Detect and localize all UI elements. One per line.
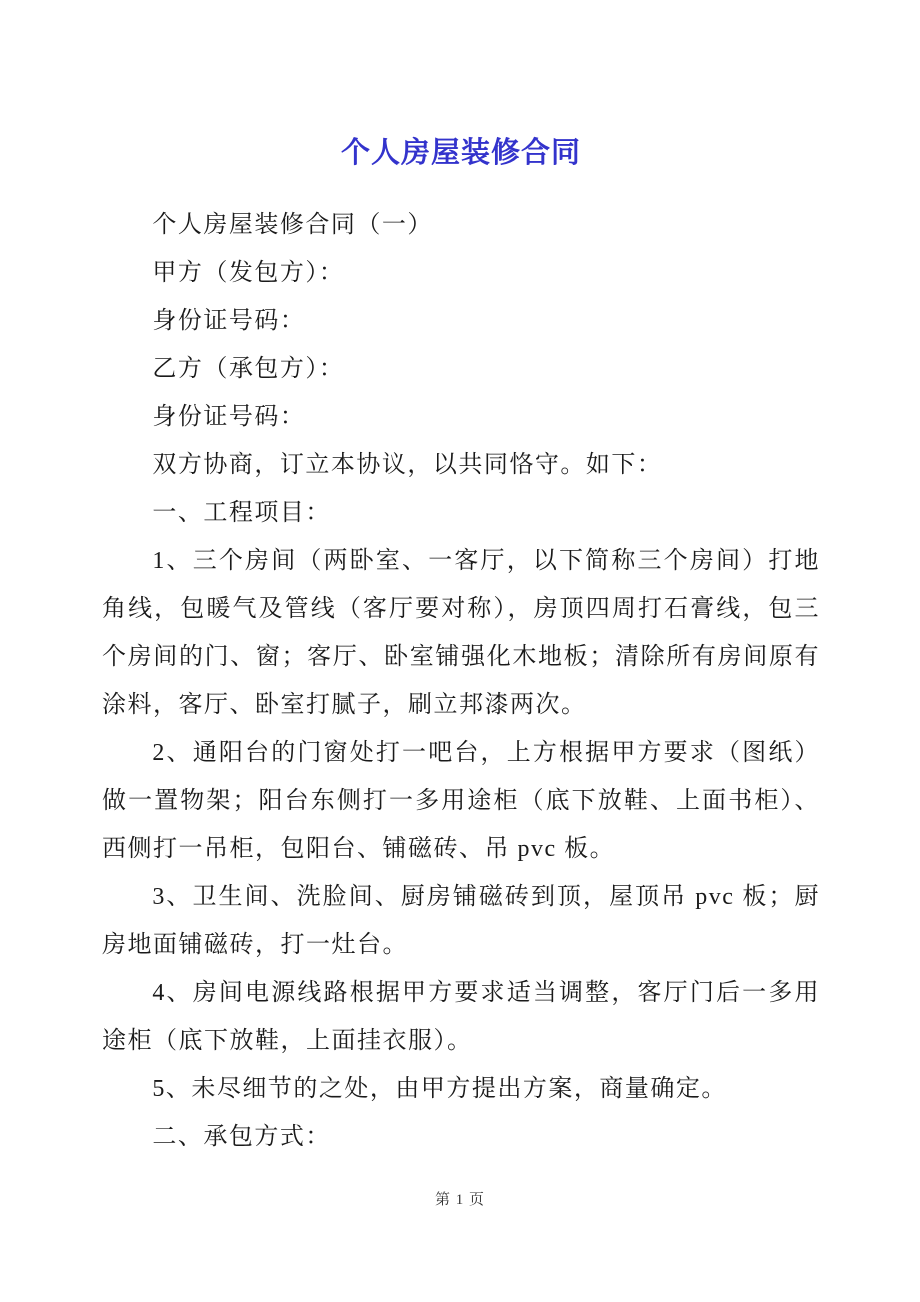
paragraph: 5、未尽细节的之处，由甲方提出方案，商量确定。 [102,1065,820,1113]
paragraph: 个人房屋装修合同（一） [102,201,820,249]
paragraph: 二、承包方式： [102,1113,820,1161]
paragraph: 4、房间电源线路根据甲方要求适当调整，客厅门后一多用途柜（底下放鞋，上面挂衣服）… [102,969,820,1065]
paragraph: 一、工程项目： [102,489,820,537]
paragraph: 1、三个房间（两卧室、一客厅，以下简称三个房间）打地角线，包暖气及管线（客厅要对… [102,537,820,729]
paragraph: 身份证号码： [102,393,820,441]
document-page: 个人房屋装修合同 个人房屋装修合同（一） 甲方（发包方）： 身份证号码： 乙方（… [0,0,920,1302]
paragraph: 双方协商，订立本协议，以共同恪守。如下： [102,441,820,489]
page-footer: 第 1 页 [0,1188,920,1209]
document-content: 个人房屋装修合同 个人房屋装修合同（一） 甲方（发包方）： 身份证号码： 乙方（… [102,0,820,1161]
paragraph: 乙方（承包方）： [102,345,820,393]
document-body: 个人房屋装修合同（一） 甲方（发包方）： 身份证号码： 乙方（承包方）： 身份证… [102,201,820,1161]
paragraph: 2、通阳台的门窗处打一吧台，上方根据甲方要求（图纸）做一置物架；阳台东侧打一多用… [102,729,820,873]
paragraph: 身份证号码： [102,297,820,345]
paragraph: 3、卫生间、洗脸间、厨房铺磁砖到顶，屋顶吊 pvc 板；厨房地面铺磁砖，打一灶台… [102,873,820,969]
paragraph: 甲方（发包方）： [102,249,820,297]
doc-title: 个人房屋装修合同 [102,0,820,174]
